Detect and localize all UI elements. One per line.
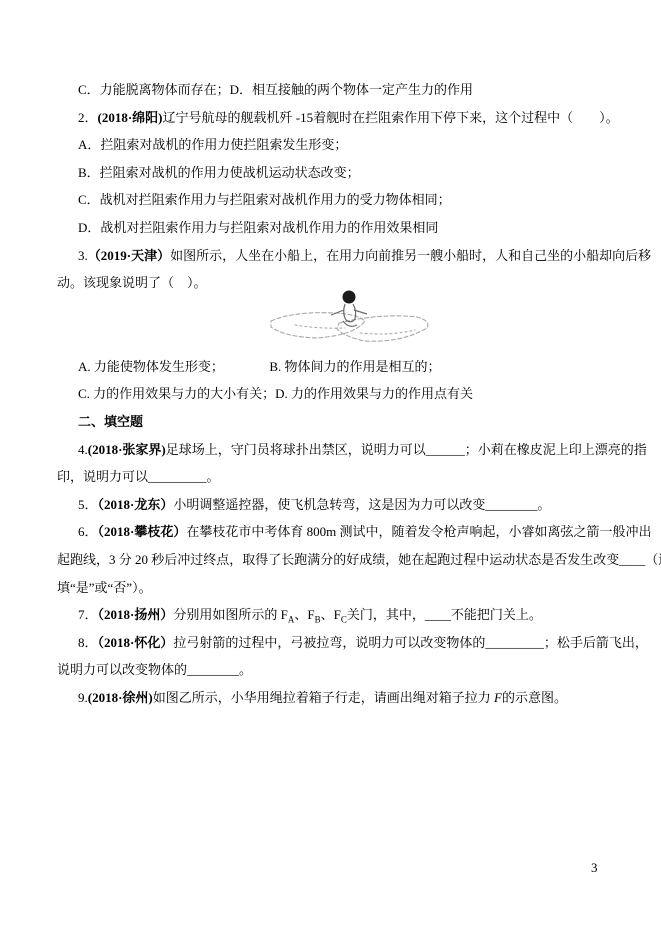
- source-tag: （2018·怀化）: [98, 635, 174, 650]
- force-symbol: F: [494, 690, 502, 705]
- text-run: 拉弓射箭的过程中，弓被拉弯，说明力可以改变物体的_________；松手后箭飞出…: [173, 635, 648, 650]
- boats-illustration: [265, 285, 440, 357]
- q2-option-b: B．拦阻索对战机的作用力使战机运动状态改变；: [57, 159, 609, 187]
- source-tag: （2018·扬州）: [98, 607, 174, 622]
- q1-options-cd: C．力能脱离物体而存在；D．相互接触的两个物体一定产生力的作用: [57, 76, 609, 104]
- document-page: C．力能脱离物体而存在；D．相互接触的两个物体一定产生力的作用 2．(2018·…: [0, 0, 661, 935]
- question-6-wrap-2: 填“是”或“否”）。: [57, 574, 609, 602]
- q2-option-c: C．战机对拦阻索作用力与拦阻索对战机作用力的受力物体相同；: [57, 186, 609, 214]
- text-run: A．拦阻索对战机的作用力使拦阻索发生形变；: [78, 137, 347, 152]
- question-4: 4.(2018·张家界)足球场上，守门员将球扑出禁区，说明力可以______；小…: [57, 436, 609, 464]
- text-run: B．拦阻索对战机的作用力使战机运动状态改变；: [78, 165, 360, 180]
- section-header-fill-in: 二、填空题: [57, 408, 609, 436]
- q2-option-d: D．战机对拦阻索作用力与拦阻索对战机作用力的作用效果相同: [57, 214, 609, 242]
- question-6: 6．（2018·攀枝花）在攀枝花市中考体育 800m 测试中，随着发令枪声响起，…: [57, 518, 609, 546]
- source-tag: (2018·徐州): [88, 690, 153, 705]
- text-run: 、F: [294, 607, 314, 622]
- question-2: 2．(2018·绵阳)辽宁号航母的舰载机歼 -15着舰时在拦阻索作用下停下来，这…: [57, 104, 609, 132]
- illustration-block: [57, 297, 609, 353]
- question-7: 7．（2018·扬州）分别用如图所示的 FA、FB、FC关门，其中，____不能…: [57, 601, 609, 629]
- text-run: C．力能脱离物体而存在；D．相互接触的两个物体一定产生力的作用: [78, 82, 473, 97]
- source-tag: （2018·攀枝花）: [98, 524, 187, 539]
- text-run: 起跑线，3 分 20 秒后冲过终点，取得了长跑满分的好成绩，她在起跑过程中运动状…: [57, 552, 661, 567]
- text-run: 小明调整遥控器，使飞机急转弯，这是因为力可以改变________。: [173, 497, 550, 512]
- q2-option-a: A．拦阻索对战机的作用力使拦阻索发生形变；: [57, 131, 609, 159]
- text-run: D．战机对拦阻索作用力与拦阻索对战机作用力的作用效果相同: [78, 220, 438, 235]
- question-number: 9.: [78, 690, 88, 705]
- source-tag: （2018·龙东）: [98, 497, 174, 512]
- text-run: 如图所示，人坐在小船上，在用力向前推另一艘小船时，人和自己坐的小船却向后移: [170, 248, 651, 263]
- text-run: 、F: [321, 607, 341, 622]
- text-run: 印，说明力可以_________。: [57, 469, 220, 484]
- text-run: 在攀枝花市中考体育 800m 测试中，随着发令枪声响起，小睿如离弦之箭一般冲出: [186, 524, 651, 539]
- question-number: 7．: [78, 607, 98, 622]
- question-number: 2．: [78, 110, 98, 125]
- source-tag: (2018·张家界): [88, 442, 166, 457]
- question-number: 5．: [78, 497, 98, 512]
- text-run: 足球场上，守门员将球扑出禁区，说明力可以______；小莉在橡皮泥上印上漂亮的指: [166, 442, 647, 457]
- question-6-wrap-1: 起跑线，3 分 20 秒后冲过终点，取得了长跑满分的好成绩，她在起跑过程中运动状…: [57, 546, 609, 574]
- question-5: 5．（2018·龙东）小明调整遥控器，使飞机急转弯，这是因为力可以改变_____…: [57, 491, 609, 519]
- text-run: 分别用如图所示的 F: [173, 607, 287, 622]
- text-run: C. 力的作用效果与力的大小有关；D. 力的作用效果与力的作用点有关: [78, 386, 473, 401]
- question-8-wrap: 说明力可以改变物体的________。: [57, 656, 609, 684]
- question-8: 8．（2018·怀化）拉弓射箭的过程中，弓被拉弯，说明力可以改变物体的_____…: [57, 629, 609, 657]
- question-number: 3.: [78, 248, 88, 263]
- question-4-wrap: 印，说明力可以_________。: [57, 463, 609, 491]
- text-run: C．战机对拦阻索作用力与拦阻索对战机作用力的受力物体相同；: [78, 192, 451, 207]
- text-run: 辽宁号航母的舰载机歼 -15着舰时在拦阻索作用下停下来，这个过程中（ ）。: [163, 110, 619, 125]
- question-9: 9.(2018·徐州)如图乙所示，小华用绳拉着箱子行走，请画出绳对箱子拉力 F的…: [57, 684, 609, 712]
- text-run: A. 力能使物体发生形变； B. 物体间力的作用是相互的；: [78, 359, 441, 374]
- text-run: 的示意图。: [502, 690, 567, 705]
- source-tag: (2018·绵阳): [98, 110, 163, 125]
- question-3: 3.（2019·天津）如图所示，人坐在小船上，在用力向前推另一艘小船时，人和自己…: [57, 242, 609, 270]
- text-run: 说明力可以改变物体的________。: [57, 662, 252, 677]
- text-run: 如图乙所示，小华用绳拉着箱子行走，请画出绳对箱子拉力: [153, 690, 494, 705]
- text-run: 关门，其中，____不能把门关上。: [347, 607, 542, 622]
- q3-options-ab: A. 力能使物体发生形变； B. 物体间力的作用是相互的；: [57, 353, 609, 381]
- document-body: C．力能脱离物体而存在；D．相互接触的两个物体一定产生力的作用 2．(2018·…: [57, 76, 609, 711]
- q3-options-cd: C. 力的作用效果与力的大小有关；D. 力的作用效果与力的作用点有关: [57, 380, 609, 408]
- question-number: 6．: [78, 524, 98, 539]
- question-number: 8．: [78, 635, 98, 650]
- section-title: 二、填空题: [78, 414, 143, 429]
- source-tag: （2019·天津）: [88, 248, 170, 263]
- text-run: 动。该现象说明了（ ）。: [57, 275, 207, 290]
- text-run: 填“是”或“否”）。: [57, 580, 152, 595]
- question-number: 4.: [78, 442, 88, 457]
- page-number: 3: [591, 858, 598, 878]
